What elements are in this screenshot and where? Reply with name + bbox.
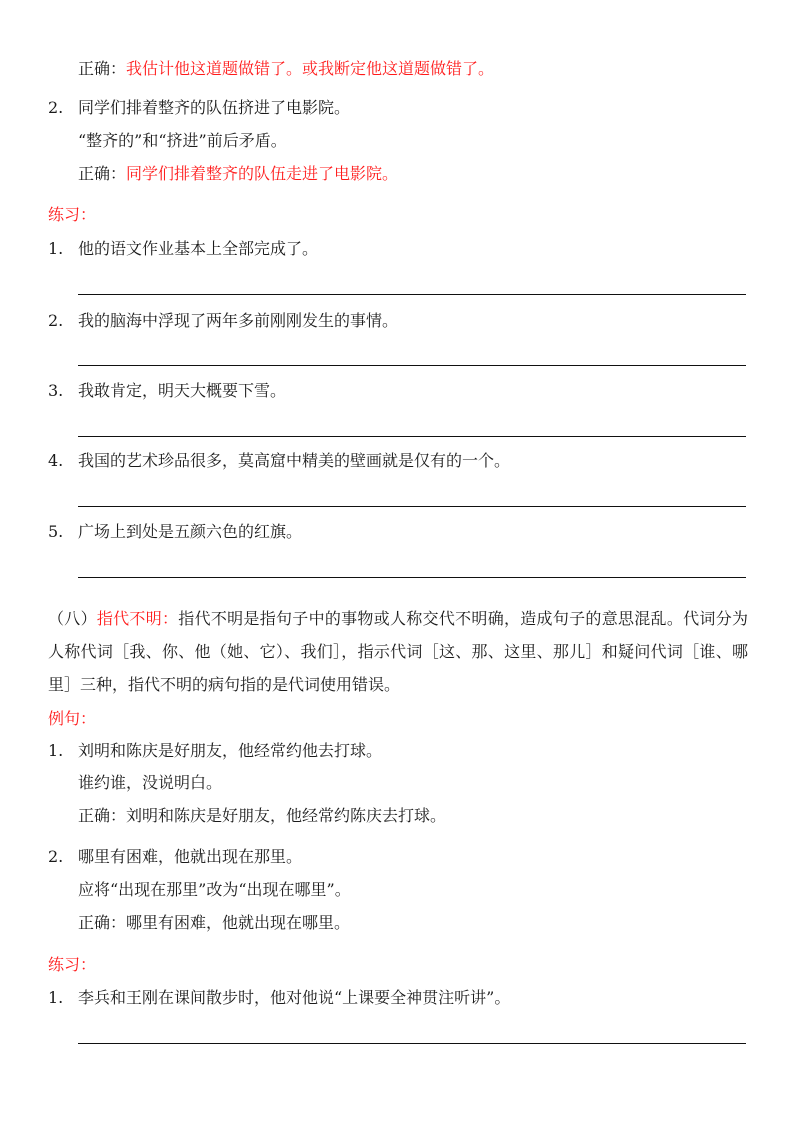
correct-text: 哪里有困难，他就出现在哪里。	[126, 913, 350, 932]
example-sentence-text: 哪里有困难，他就出现在那里。	[78, 847, 302, 867]
example-explanation: 应将“出现在那里”改为“出现在哪里”。	[78, 880, 351, 900]
correct-label: 正确：	[78, 164, 126, 183]
examples-heading: 例句：	[48, 709, 96, 729]
practice-item-text: 李兵和王刚在课间散步时，他对他说“上课要全神贯注听讲”。	[78, 988, 510, 1008]
answer-line[interactable]	[78, 577, 746, 578]
practice-item-number: 2.	[48, 311, 63, 331]
answer-line[interactable]	[78, 436, 746, 437]
practice-item-text: 我的脑海中浮现了两年多前刚刚发生的事情。	[78, 311, 398, 331]
correct-text: 刘明和陈庆是好朋友，他经常约陈庆去打球。	[126, 806, 446, 825]
answer-line[interactable]	[78, 1043, 746, 1044]
practice-item-number: 3.	[48, 381, 63, 401]
practice-item-text: 我敢肯定，明天大概要下雪。	[78, 381, 286, 401]
correct-answer-line: 正确：我估计他这道题做错了。或我断定他这道题做错了。	[78, 59, 494, 79]
section-intro: （八）指代不明：指代不明是指句子中的事物或人称交代不明确，造成句子的意思混乱。代…	[48, 602, 748, 701]
practice-item-text: 我国的艺术珍品很多，莫高窟中精美的壁画就是仅有的一个。	[78, 451, 510, 471]
answer-line[interactable]	[78, 365, 746, 366]
section-prefix: （八）	[48, 609, 97, 628]
example-number: 1.	[48, 741, 63, 761]
answer-line[interactable]	[78, 294, 746, 295]
correct-label: 正确：	[78, 806, 126, 825]
correct-label: 正确：	[78, 59, 126, 78]
practice-item-number: 1.	[48, 988, 63, 1008]
example-number: 2.	[48, 847, 63, 867]
correct-label: 正确：	[78, 913, 126, 932]
example-sentence: 2.	[48, 98, 63, 118]
section-title: 指代不明：	[97, 609, 178, 628]
example-sentence-text: 刘明和陈庆是好朋友，他经常约他去打球。	[78, 741, 382, 761]
example-explanation: “整齐的”和“挤进”前后矛盾。	[78, 131, 287, 151]
practice-item-number: 1.	[48, 239, 63, 259]
answer-line[interactable]	[78, 506, 746, 507]
correct-answer-line: 正确：哪里有困难，他就出现在哪里。	[78, 913, 350, 933]
example-explanation: 谁约谁，没说明白。	[78, 773, 222, 793]
example-number: 2.	[48, 98, 63, 117]
correct-answer-line: 正确：同学们排着整齐的队伍走进了电影院。	[78, 164, 398, 184]
correct-text: 我估计他这道题做错了。或我断定他这道题做错了。	[126, 59, 494, 78]
practice-item-number: 5.	[48, 522, 63, 542]
example-sentence-text: 同学们排着整齐的队伍挤进了电影院。	[78, 98, 350, 118]
practice-item-number: 4.	[48, 451, 63, 471]
practice-heading: 练习：	[48, 955, 96, 975]
correct-text: 同学们排着整齐的队伍走进了电影院。	[126, 164, 398, 183]
practice-item-text: 广场上到处是五颜六色的红旗。	[78, 522, 302, 542]
practice-heading: 练习：	[48, 205, 96, 225]
practice-item-text: 他的语文作业基本上全部完成了。	[78, 239, 318, 259]
correct-answer-line: 正确：刘明和陈庆是好朋友，他经常约陈庆去打球。	[78, 806, 446, 826]
